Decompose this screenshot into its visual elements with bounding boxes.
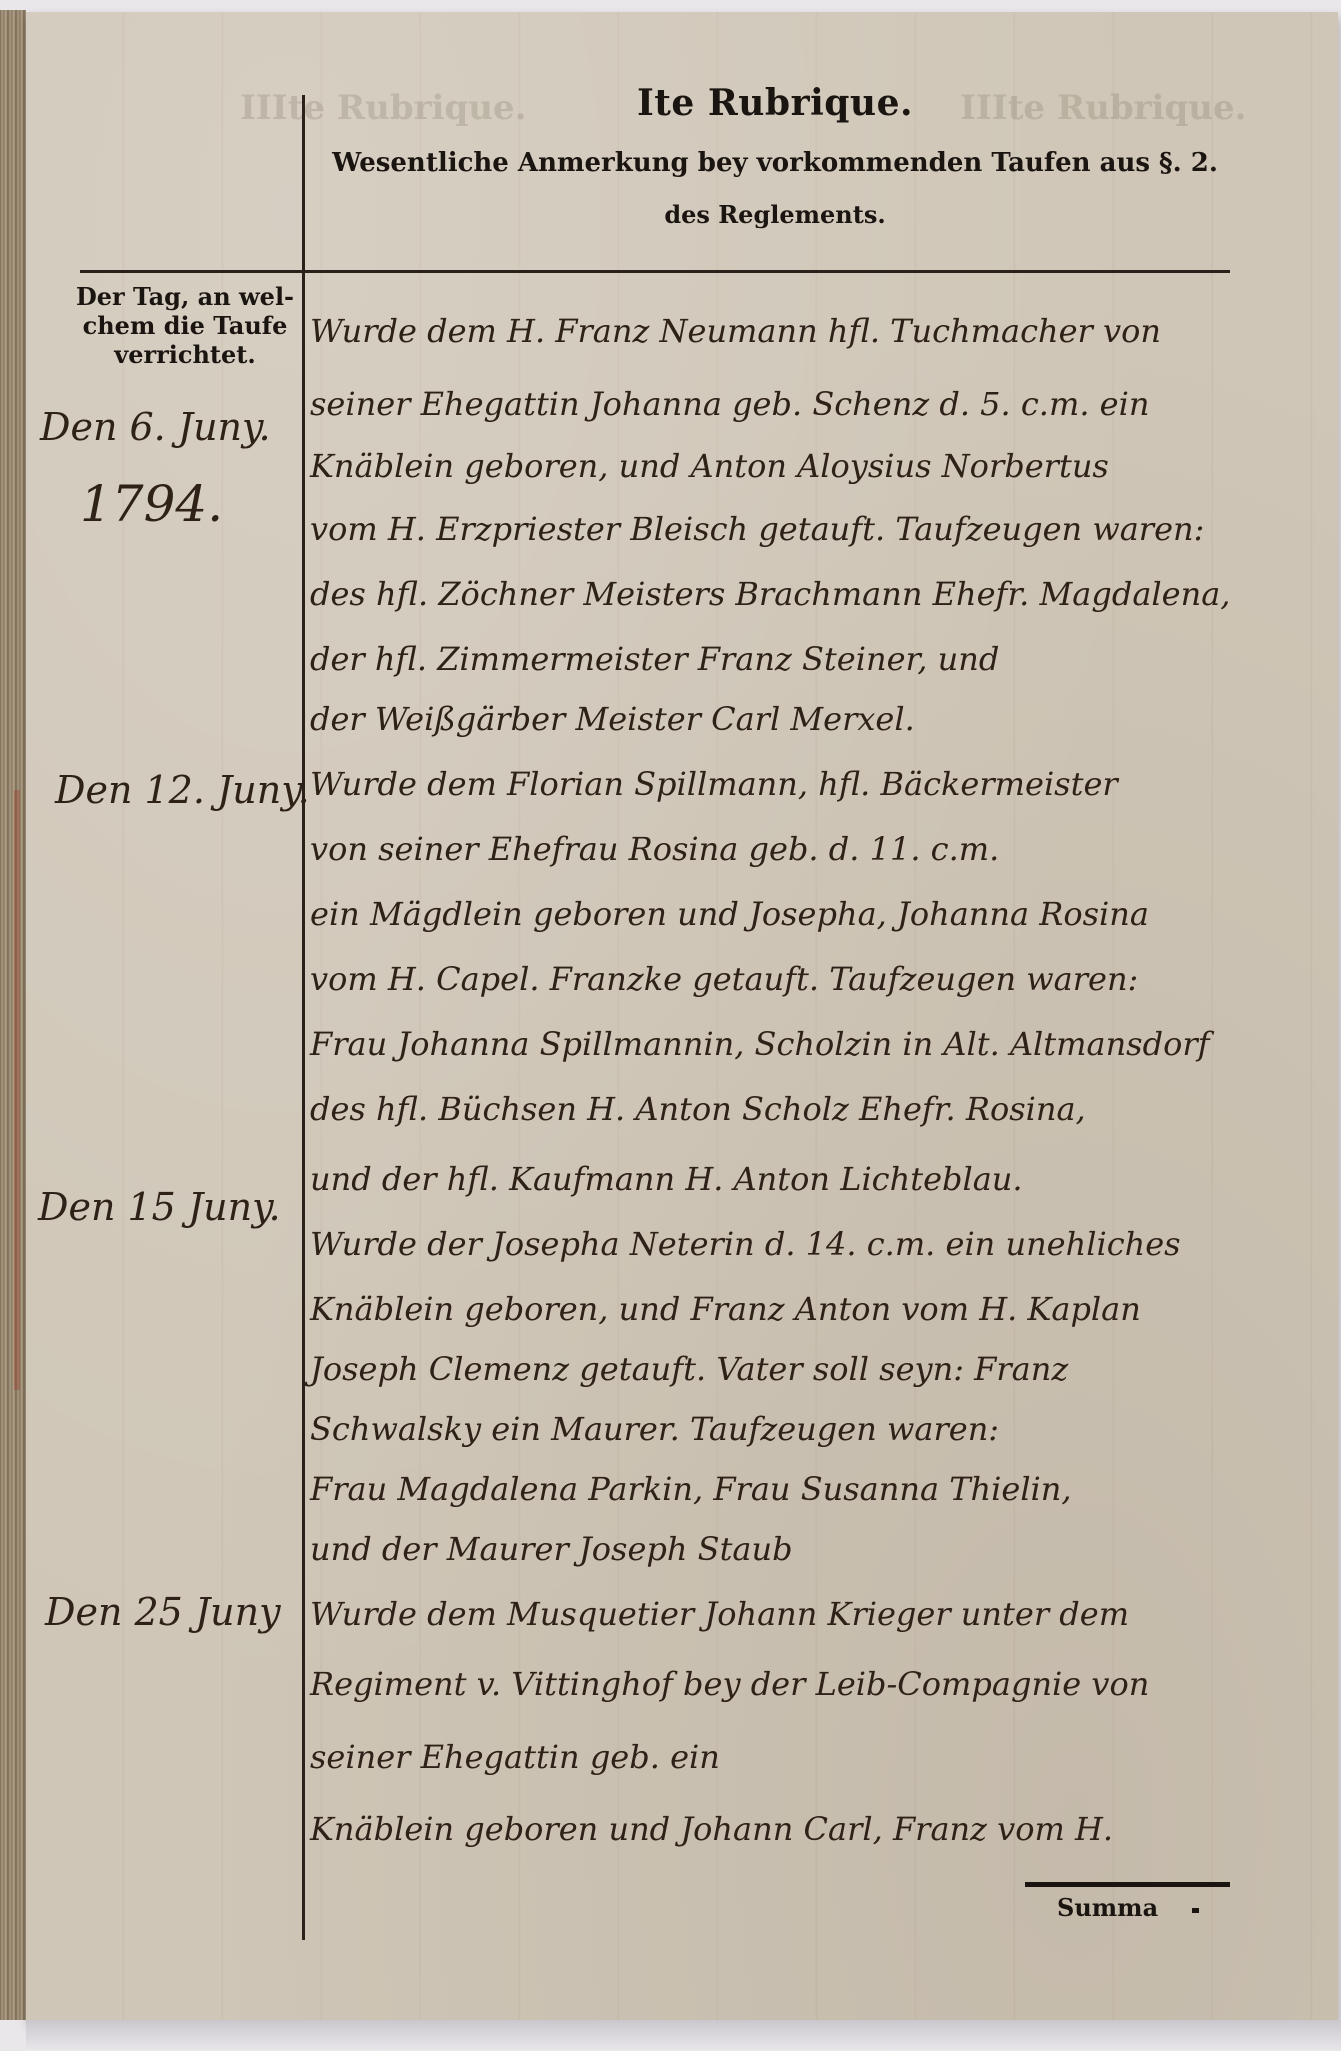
- page-subtitle-2: des Reglements.: [300, 200, 1250, 229]
- entry-line: der Weißgärber Meister Carl Merxel.: [310, 700, 1310, 738]
- header-divider: [80, 270, 1230, 273]
- entry-line: der hfl. Zimmermeister Franz Steiner, un…: [310, 640, 1310, 678]
- entry-line: Wurde dem Musquetier Johann Krieger unte…: [310, 1595, 1310, 1633]
- entry-line: des hfl. Büchsen H. Anton Scholz Ehefr. …: [310, 1090, 1310, 1128]
- entry-line: und der hfl. Kaufmann H. Anton Lichtebla…: [310, 1160, 1310, 1198]
- entry-line: von seiner Ehefrau Rosina geb. d. 11. c.…: [310, 830, 1310, 868]
- baptism-year: 1794.: [80, 475, 340, 533]
- column-divider: [302, 95, 305, 1940]
- entry-line: vom H. Capel. Franzke getauft. Taufzeuge…: [310, 960, 1310, 998]
- entry-line: Wurde dem Florian Spillmann, hfl. Bäcker…: [310, 765, 1310, 803]
- column-header-line: chem die Taufe: [70, 311, 300, 340]
- summa-label: Summa: [1057, 1893, 1158, 1922]
- entry-line: Knäblein geboren und Johann Carl, Franz …: [310, 1810, 1310, 1848]
- entry-line: Regiment v. Vittinghof bey der Leib-Comp…: [310, 1665, 1310, 1703]
- column-header-line: Der Tag, an wel-: [70, 282, 300, 311]
- entry-line: Knäblein geboren, und Anton Aloysius Nor…: [310, 447, 1310, 485]
- entry-line: seiner Ehegattin Johanna geb. Schenz d. …: [310, 385, 1310, 423]
- entry-line: des hfl. Zöchner Meisters Brachmann Ehef…: [310, 575, 1310, 613]
- entry-line: Frau Johanna Spillmannin, Scholzin in Al…: [310, 1025, 1310, 1063]
- entry-line: seiner Ehegattin geb. ein: [310, 1738, 1310, 1776]
- entry-line: vom H. Erzpriester Bleisch getauft. Tauf…: [310, 510, 1310, 548]
- baptism-date: Den 25 Juny: [45, 1590, 305, 1634]
- book-spine-edge: [0, 10, 26, 2020]
- column-header-line: verrichtet.: [70, 340, 300, 369]
- entry-line: ein Mägdlein geboren und Josepha, Johann…: [310, 895, 1310, 933]
- entry-line: und der Maurer Joseph Staub: [310, 1530, 1310, 1568]
- page-subtitle: Wesentliche Anmerkung bey vorkommenden T…: [300, 148, 1250, 178]
- entry-line: Knäblein geboren, und Franz Anton vom H.…: [310, 1290, 1310, 1328]
- page-title: Ite Rubrique.: [300, 82, 1250, 124]
- entry-line: Joseph Clemenz getauft. Vater soll seyn:…: [310, 1350, 1310, 1388]
- baptism-date: Den 12. Juny.: [55, 768, 315, 812]
- page-shadow: [26, 2020, 1341, 2051]
- entry-line: Frau Magdalena Parkin, Frau Susanna Thie…: [310, 1470, 1310, 1508]
- entry-line: Schwalsky ein Maurer. Taufzeugen waren:: [310, 1410, 1310, 1448]
- baptism-date: Den 6. Juny.: [40, 405, 300, 449]
- summa-value: [1192, 1908, 1199, 1913]
- date-column-header: Der Tag, an wel- chem die Taufe verricht…: [70, 282, 300, 369]
- entry-line: Wurde der Josepha Neterin d. 14. c.m. ei…: [310, 1225, 1310, 1263]
- entry-line: Wurde dem H. Franz Neumann hfl. Tuchmach…: [310, 312, 1310, 350]
- summa-rule: [1025, 1882, 1230, 1887]
- baptism-date: Den 15 Juny.: [38, 1185, 298, 1229]
